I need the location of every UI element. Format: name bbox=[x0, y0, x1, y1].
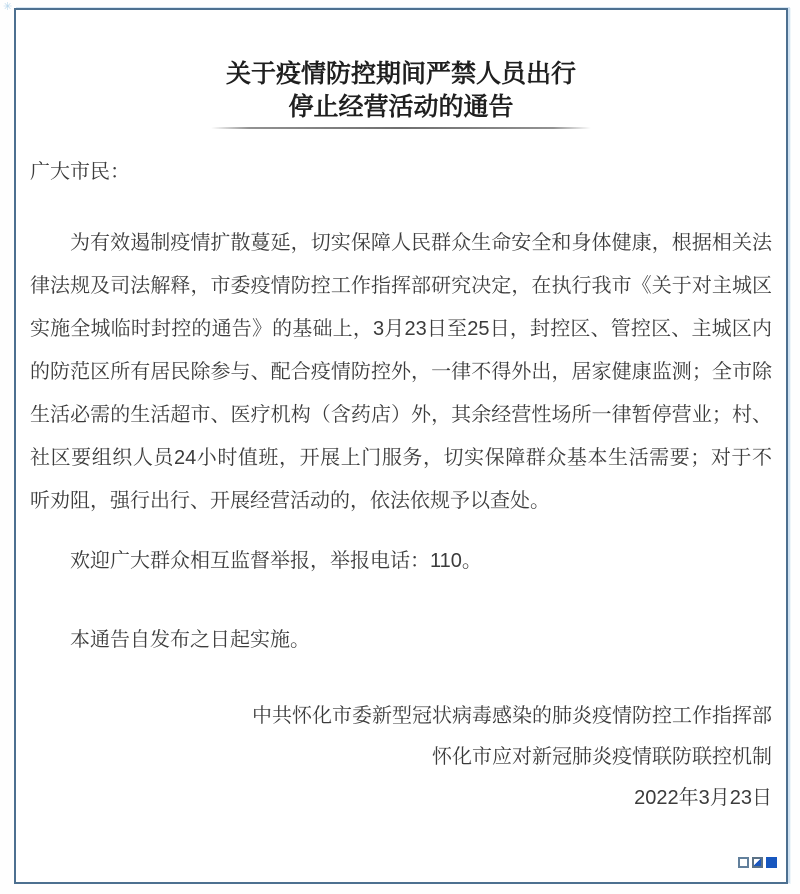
notice-title-line1: 关于疫情防控期间严禁人员出行 bbox=[30, 58, 772, 91]
salutation: 广大市民： bbox=[30, 156, 772, 188]
notice-title-line2: 停止经营活动的通告 bbox=[30, 91, 772, 124]
signature-authority-line1: 中共怀化市委新型冠状病毒感染的肺炎疫情防控工作指挥部 bbox=[30, 696, 772, 737]
body-line: 生活必需的生活超市、医疗机构（含药店）外，其余经营性场所一律暂停营业；村、 bbox=[30, 394, 772, 437]
title-divider bbox=[211, 127, 591, 129]
logo-square-solid-icon bbox=[766, 857, 777, 868]
notice-frame: 关于疫情防控期间严禁人员出行 停止经营活动的通告 广大市民： 为有效遏制疫情扩散… bbox=[14, 8, 788, 884]
body-line: 社区要组织人员24小时值班，开展上门服务，切实保障群众基本生活需要；对于不 bbox=[30, 437, 772, 480]
notice-title: 关于疫情防控期间严禁人员出行 停止经营活动的通告 bbox=[30, 58, 772, 124]
logo-square-outline-icon bbox=[738, 857, 749, 868]
body-line: 的防范区所有居民除参与、配合疫情防控外，一律不得外出，居家健康监测；全市除 bbox=[30, 351, 772, 394]
signature-block: 中共怀化市委新型冠状病毒感染的肺炎疫情防控工作指挥部 怀化市应对新冠肺炎疫情联防… bbox=[30, 696, 772, 819]
notice-page: ✳ 关于疫情防控期间严禁人员出行 停止经营活动的通告 广大市民： 为有效遏制疫情… bbox=[0, 0, 800, 894]
body-line: 实施全城临时封控的通告》的基础上，3月23日至25日，封控区、管控区、主城区内 bbox=[30, 308, 772, 351]
body-line: 听劝阻，强行出行、开展经营活动的，依法依规予以查处。 bbox=[30, 480, 772, 523]
body-line: 律法规及司法解释，市委疫情防控工作指挥部研究决定，在执行我市《关于对主城区 bbox=[30, 265, 772, 308]
signature-authority-line2: 怀化市应对新冠肺炎疫情联防联控机制 bbox=[30, 737, 772, 778]
effective-date-paragraph: 本通告自发布之日起实施。 bbox=[30, 619, 772, 662]
signature-date: 2022年3月23日 bbox=[30, 778, 772, 819]
report-hotline-paragraph: 欢迎广大群众相互监督举报，举报电话：110。 bbox=[30, 540, 772, 583]
body-line: 为有效遏制疫情扩散蔓延，切实保障人民群众生命安全和身体健康，根据相关法 bbox=[30, 222, 772, 265]
main-paragraph: 为有效遏制疫情扩散蔓延，切实保障人民群众生命安全和身体健康，根据相关法 律法规及… bbox=[30, 222, 772, 523]
logo-square-diagonal-icon bbox=[752, 857, 763, 868]
corner-squares-logo bbox=[738, 857, 777, 868]
sparkle-mark-icon: ✳ bbox=[3, 1, 12, 13]
